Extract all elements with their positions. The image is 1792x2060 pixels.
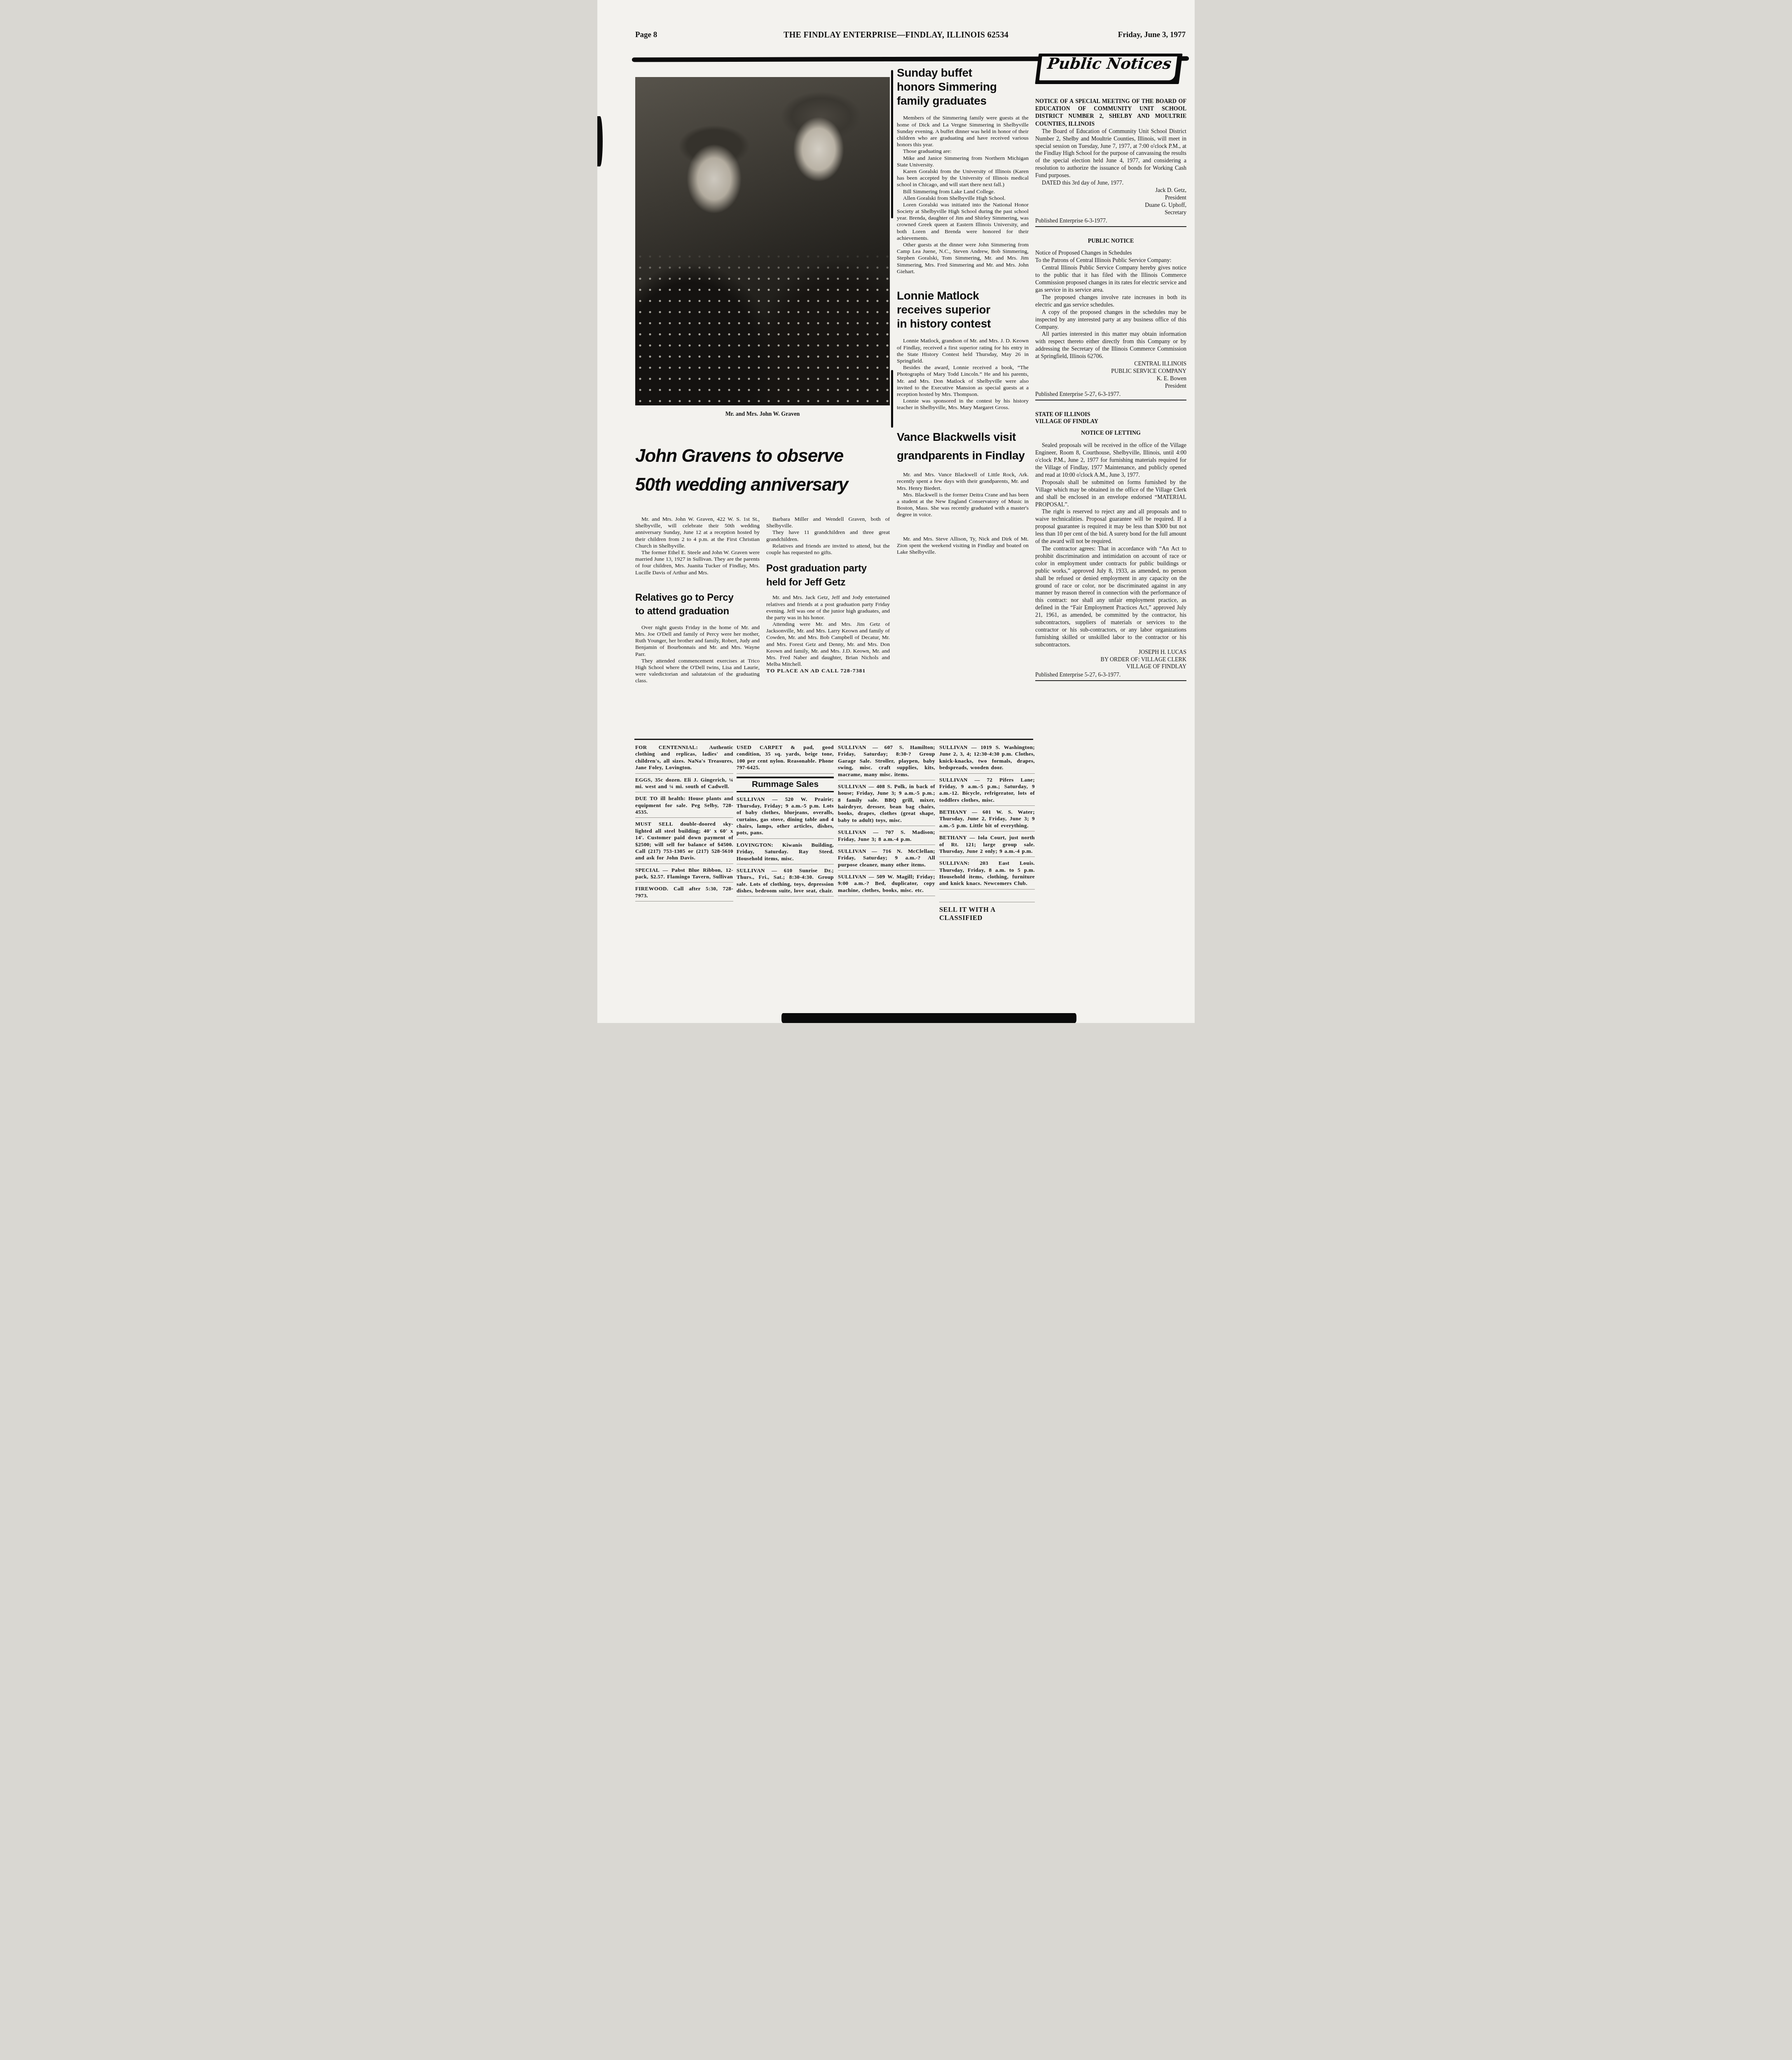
getz-text: Mr. and Mrs. Jack Getz, Jeff and Jody en… <box>766 594 890 667</box>
paragraph: Mrs. Blackwell is the former Deitra Cran… <box>897 492 1029 518</box>
paragraph: They attended commencement exercises at … <box>635 658 760 684</box>
vance-blackwell-headline: Vance Blackwells visitgrandparents in Fi… <box>897 428 1029 465</box>
paragraph: The proposed changes involve rate increa… <box>1035 294 1186 309</box>
newspaper-page: Page 8 THE FINDLAY ENTERPRISE—FINDLAY, I… <box>597 0 1195 1023</box>
signature-line: President <box>1035 383 1186 390</box>
headline-line: to attend graduation <box>635 604 760 618</box>
notice-signatures: JOSEPH H. LUCASBY ORDER OF: VILLAGE CLER… <box>1035 649 1186 671</box>
public-notices-banner: Public Notices <box>1035 54 1182 84</box>
paragraph: Besides the award, Lonnie received a boo… <box>897 364 1029 398</box>
notice-header: STATE OF ILLINOISVILLAGE OF FINDLAY <box>1035 411 1186 426</box>
signature-line: Secretary <box>1035 209 1186 217</box>
classified-ad: SULLIVAN — 509 W. Magill; Friday; 9:00 a… <box>838 873 935 896</box>
classified-ads: USED CARPET & pad, good condition, 35 sq… <box>737 744 834 774</box>
paragraph: The right is reserved to reject any and … <box>1035 508 1186 545</box>
intro-line: To the Patrons of Central Illinois Publi… <box>1035 257 1186 265</box>
notice-signatures: Jack D. Getz,PresidentDuane G. Uphoff,Se… <box>1035 187 1186 217</box>
paragraph: Lonnie was sponsored in the contest by h… <box>897 398 1029 411</box>
column-rule <box>891 370 893 428</box>
sell-it-line: SELL IT WITH A CLASSIFIED <box>939 902 1035 922</box>
lonnie-matlock-text: Lonnie Matlock, grandson of Mr. and Mrs.… <box>897 337 1029 411</box>
signature-line: Duane G. Uphoff, <box>1035 202 1186 209</box>
classified-ads: SULLIVAN — 1019 S. Washington; June 2, 3… <box>939 744 1035 890</box>
paragraph: A copy of the proposed changes in the sc… <box>1035 309 1186 331</box>
classified-ad: SULLIVAN — 610 Sunrise Dr.; Thurs., Fri.… <box>737 867 834 897</box>
notice-cips: PUBLIC NOTICE Notice of Proposed Changes… <box>1035 238 1186 400</box>
paragraph: Members of the Simmering family were gue… <box>897 115 1029 148</box>
lonnie-matlock-headline: Lonnie Matlockreceives superiorin histor… <box>897 289 1029 331</box>
headline-line: honors Simmering <box>897 80 1029 94</box>
sunday-buffet-headline: Sunday buffethonors Simmeringfamily grad… <box>897 66 1029 108</box>
couple-photo <box>635 77 890 405</box>
classifieds-rule <box>634 739 1033 740</box>
paragraph: Barbara Miller and Wendell Graven, both … <box>766 516 890 529</box>
paragraph: Attending were Mr. and Mrs. Jim Getz of … <box>766 621 890 667</box>
gravens-text-b: Barbara Miller and Wendell Graven, both … <box>766 516 890 556</box>
paragraph: Other guests at the dinner were John Sim… <box>897 241 1029 275</box>
paragraph: Those graduating are: <box>897 148 1029 154</box>
scan-bottom-bar <box>781 1013 1076 1023</box>
notice-letting: STATE OF ILLINOISVILLAGE OF FINDLAY NOTI… <box>1035 411 1186 681</box>
paragraph: All parties interested in this matter ma… <box>1035 331 1186 360</box>
header-line: STATE OF ILLINOIS <box>1035 411 1186 419</box>
notice-intro: Notice of Proposed Changes in SchedulesT… <box>1035 250 1186 265</box>
paragraph: Central Illinois Public Service Company … <box>1035 265 1186 294</box>
classified-column-4: SULLIVAN — 1019 S. Washington; June 2, 3… <box>939 744 1035 922</box>
newspaper-title: THE FINDLAY ENTERPRISE—FINDLAY, ILLINOIS… <box>597 30 1195 40</box>
signature-line: PUBLIC SERVICE COMPANY <box>1035 368 1186 375</box>
headline-line: John Gravens to observe <box>635 442 895 471</box>
headline-line: Relatives go to Percy <box>635 591 760 605</box>
notice-title: NOTICE OF A SPECIAL MEETING OF THE BOARD… <box>1035 98 1186 128</box>
paragraph: Mr. and Mrs. John W. Graven, 422 W. S. 1… <box>635 516 760 549</box>
paragraph: Mr. and Mrs. Jack Getz, Jeff and Jody en… <box>766 594 890 621</box>
headline-line: Lonnie Matlock <box>897 289 1029 303</box>
notice-title: NOTICE OF LETTING <box>1035 430 1186 437</box>
paragraph: Loren Goralski was initiated into the Na… <box>897 201 1029 241</box>
classified-column-2: USED CARPET & pad, good condition, 35 sq… <box>737 744 834 899</box>
paragraph: The contractor agrees: That in accordanc… <box>1035 545 1186 649</box>
classified-ad: SULLIVAN — 72 Pifers Lane; Friday, 9 a.m… <box>939 777 1035 806</box>
signature-line: CENTRAL ILLINOIS <box>1035 360 1186 368</box>
headline-line: Vance Blackwells visit <box>897 428 1029 446</box>
signature-line: VILLAGE OF FINDLAY <box>1035 663 1186 671</box>
column-rule <box>891 70 893 218</box>
headline-line: Post graduation party <box>766 562 890 576</box>
gravens-column-b: Barbara Miller and Wendell Graven, both … <box>766 516 890 674</box>
headline-line: Sunday buffet <box>897 66 1029 80</box>
headline-line: 50th wedding anniversary <box>635 471 895 499</box>
notice-special-meeting: NOTICE OF A SPECIAL MEETING OF THE BOARD… <box>1035 98 1186 227</box>
paragraph: Karen Goralski from the University of Il… <box>897 168 1029 188</box>
paragraph: Over night guests Friday in the home of … <box>635 624 760 658</box>
paragraph: Allen Goralski from Shelbyville High Sch… <box>897 195 1029 201</box>
percy-headline: Relatives go to Percyto attend graduatio… <box>635 591 760 618</box>
notice-body: The Board of Education of Community Unit… <box>1035 128 1186 187</box>
classified-ad: FIREWOOD. Call after 5:30, 728-7973. <box>635 885 733 901</box>
classified-ad: DUE TO ill health: House plants and equi… <box>635 795 733 818</box>
allison-paragraph: Mr. and Mrs. Steve Allison, Ty, Nick and… <box>897 536 1029 556</box>
classified-ad: BETHANY — Iola Court, just north of Rt. … <box>939 834 1035 857</box>
paragraph: The former Ethel E. Steele and John W. G… <box>635 549 760 576</box>
signature-line: President <box>1035 194 1186 202</box>
paragraph: Lonnie Matlock, grandson of Mr. and Mrs.… <box>897 337 1029 364</box>
gravens-headline: John Gravens to observe50th wedding anni… <box>635 442 895 500</box>
paragraph: Mike and Janice Simmering from Northern … <box>897 155 1029 168</box>
published-line: Published Enterprise 5-27, 6-3-1977. <box>1035 391 1186 400</box>
paragraph: They have 11 grandchildren and three gre… <box>766 529 890 542</box>
notice-title: PUBLIC NOTICE <box>1035 238 1186 245</box>
headline-line: family graduates <box>897 94 1029 108</box>
signature-line: JOSEPH H. LUCAS <box>1035 649 1186 656</box>
place-ad-line: TO PLACE AN AD CALL 728-7381 <box>766 667 890 674</box>
classified-ad: SULLIVAN — 707 S. Madison; Friday, June … <box>838 829 935 845</box>
scan-smudge <box>597 116 603 166</box>
notice-body: Sealed proposals will be received in the… <box>1035 442 1186 648</box>
vance-blackwell-text: Mr. and Mrs. Vance Blackwell of Little R… <box>897 471 1029 518</box>
published-line: Published Enterprise 5-27, 6-3-1977. <box>1035 672 1186 681</box>
signature-line: Jack D. Getz, <box>1035 187 1186 194</box>
paragraph: Relatives and friends are invited to att… <box>766 543 890 556</box>
headline-line: in history contest <box>897 317 1029 331</box>
public-notices-column: Public Notices NOTICE OF A SPECIAL MEETI… <box>1035 54 1186 692</box>
classified-ad: FOR CENTENNIAL: Authentic clothing and r… <box>635 744 733 774</box>
sunday-buffet-text: Members of the Simmering family were gue… <box>897 115 1029 275</box>
percy-text: Over night guests Friday in the home of … <box>635 624 760 684</box>
classified-ad: LOVINGTON: Kiwanis Building, Friday, Sat… <box>737 842 834 864</box>
gravens-text-a: Mr. and Mrs. John W. Graven, 422 W. S. 1… <box>635 516 760 576</box>
classified-ad: SPECIAL — Pabst Blue Ribbon, 12-pack, $2… <box>635 867 733 883</box>
classified-column-3: SULLIVAN — 607 S. Hamilton; Friday, Satu… <box>838 744 935 899</box>
gravens-column-a: Mr. and Mrs. John W. Graven, 422 W. S. 1… <box>635 516 760 684</box>
signature-line: K. E. Bowen <box>1035 375 1186 383</box>
issue-date: Friday, June 3, 1977 <box>1118 30 1186 40</box>
headline-line: receives superior <box>897 303 1029 317</box>
signature-line: BY ORDER OF: VILLAGE CLERK <box>1035 656 1186 664</box>
classified-ad: BETHANY — 601 W. S. Water; Thursday, Jun… <box>939 809 1035 831</box>
classified-ad: SULLIVAN — 716 N. McClellan; Friday, Sat… <box>838 848 935 871</box>
paragraph: Bill Simmering from Lake Land College. <box>897 188 1029 195</box>
classified-ad: SULLIVAN — 1019 S. Washington; June 2, 3… <box>939 744 1035 774</box>
headline-line: held for Jeff Getz <box>766 576 890 590</box>
classified-ad: SULLIVAN — 520 W. Prairie; Thursday, Fri… <box>737 796 834 839</box>
classified-ads: SULLIVAN — 520 W. Prairie; Thursday, Fri… <box>737 796 834 897</box>
paragraph: Mr. and Mrs. Vance Blackwell of Little R… <box>897 471 1029 492</box>
classified-ad: SULLIVAN — 607 S. Hamilton; Friday, Satu… <box>838 744 935 780</box>
photo-caption: Mr. and Mrs. John W. Graven <box>635 411 890 418</box>
rummage-sales-header: Rummage Sales <box>737 777 834 792</box>
public-notices-script-title: Public Notices <box>1036 54 1182 73</box>
classified-ad: USED CARPET & pad, good condition, 35 sq… <box>737 744 834 774</box>
middle-column: Sunday buffethonors Simmeringfamily grad… <box>897 66 1029 555</box>
classified-ad: MUST SELL double-doored sky-lighted all … <box>635 821 733 864</box>
classified-ad: SULLIVAN — 408 S. Polk, in back of house… <box>838 783 935 826</box>
paragraph: Proposals shall be submitted on forms fu… <box>1035 479 1186 509</box>
paragraph: DATED this 3rd day of June, 1977. <box>1035 180 1186 187</box>
published-line: Published Enterprise 6-3-1977. <box>1035 218 1186 227</box>
notice-signatures: CENTRAL ILLINOISPUBLIC SERVICE COMPANYK.… <box>1035 360 1186 390</box>
intro-line: Notice of Proposed Changes in Schedules <box>1035 250 1186 257</box>
classified-ad: EGGS, 35c dozen. Eli J. Gingerich, ¼ mi.… <box>635 777 733 793</box>
paragraph: Sealed proposals will be received in the… <box>1035 442 1186 479</box>
header-line: VILLAGE OF FINDLAY <box>1035 418 1186 426</box>
getz-headline: Post graduation partyheld for Jeff Getz <box>766 562 890 589</box>
classified-column-1: FOR CENTENNIAL: Authentic clothing and r… <box>635 744 733 904</box>
notice-body: Central Illinois Public Service Company … <box>1035 265 1186 360</box>
classified-ad: SULLIVAN: 203 East Louis. Thursday, Frid… <box>939 860 1035 890</box>
headline-line: grandparents in Findlay <box>897 446 1029 465</box>
paragraph: The Board of Education of Community Unit… <box>1035 128 1186 180</box>
